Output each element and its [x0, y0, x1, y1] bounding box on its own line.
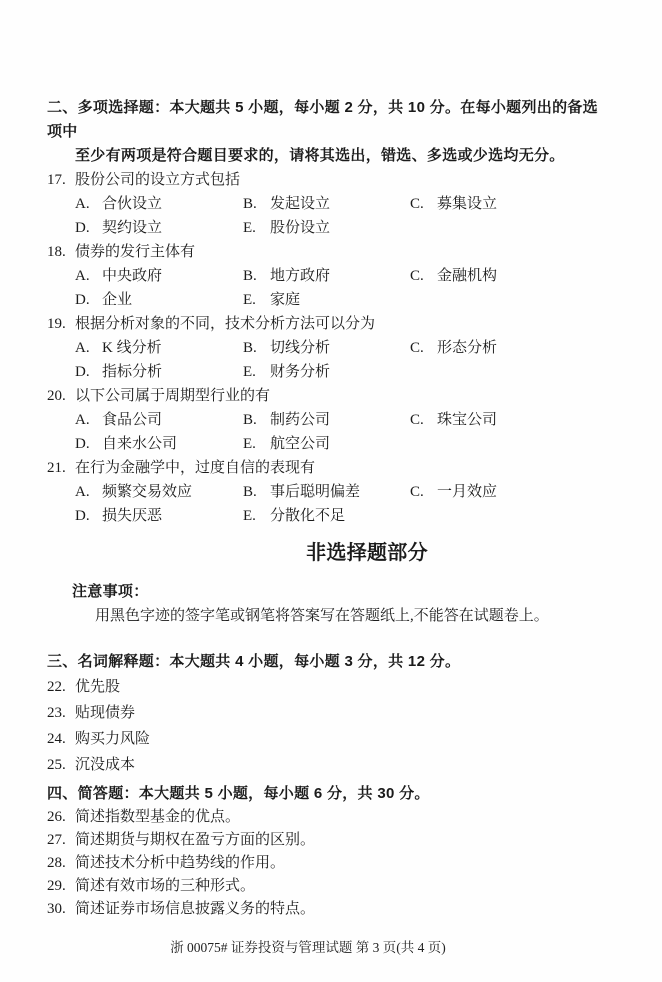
option-letter: C.: [410, 480, 437, 504]
mcq-section-header: 二、多项选择题：本大题共 5 小题，每小题 2 分，共 10 分。在每小题列出的…: [47, 96, 613, 168]
option-letter: D.: [75, 360, 102, 384]
option-d: D.自来水公司: [75, 432, 243, 456]
option-letter: D.: [75, 288, 102, 312]
option-letter: E.: [243, 504, 270, 528]
option-letter: D.: [75, 432, 102, 456]
short-answer-text: 简述指数型基金的优点。: [75, 809, 240, 825]
question-stem: 根据分析对象的不同，技术分析方法可以分为: [75, 316, 375, 332]
option-letter: A.: [75, 336, 102, 360]
option-letter: B.: [243, 192, 270, 216]
question-stem-row: 19.根据分析对象的不同，技术分析方法可以分为: [47, 312, 613, 336]
option-text: 地方政府: [270, 264, 330, 288]
mcq-question-18: 18.债券的发行主体有 A.中央政府 B.地方政府 C.金融机构 D.企业 E.…: [47, 240, 613, 312]
question-stem: 股份公司的设立方式包括: [75, 172, 240, 188]
question-stem: 在行为金融学中，过度自信的表现有: [75, 460, 315, 476]
definition-text: 优先股: [75, 679, 120, 695]
mcq-header-line1: 二、多项选择题：本大题共 5 小题，每小题 2 分，共 10 分。在每小题列出的…: [47, 96, 613, 144]
option-letter: C.: [410, 408, 437, 432]
option-text: 股份设立: [270, 216, 330, 240]
question-number: 18.: [47, 240, 75, 264]
option-text: 指标分析: [102, 360, 162, 384]
option-text: 企业: [102, 288, 132, 312]
mcq-question-17: 17.股份公司的设立方式包括 A.合伙设立 B.发起设立 C.募集设立 D.契约…: [47, 168, 613, 240]
option-letter: A.: [75, 192, 102, 216]
option-a: A.食品公司: [75, 408, 243, 432]
question-stem-row: 21.在行为金融学中，过度自信的表现有: [47, 456, 613, 480]
option-text: 珠宝公司: [437, 408, 497, 432]
options-row: D.契约设立 E.股份设立: [47, 216, 613, 240]
options-row: A.频繁交易效应 B.事后聪明偏差 C.一月效应: [47, 480, 613, 504]
option-e: E.分散化不足: [243, 504, 410, 528]
option-c: C.一月效应: [410, 480, 613, 504]
option-text: 航空公司: [270, 432, 330, 456]
question-stem-row: 20.以下公司属于周期型行业的有: [47, 384, 613, 408]
option-text: 自来水公司: [102, 432, 177, 456]
option-text: 中央政府: [102, 264, 162, 288]
option-d: D.损失厌恶: [75, 504, 243, 528]
option-text: 金融机构: [437, 264, 497, 288]
option-letter: B.: [243, 408, 270, 432]
short-answer-item: 30.简述证券市场信息披露义务的特点。: [47, 898, 613, 921]
question-number: 21.: [47, 456, 75, 480]
definition-text: 贴现债券: [75, 705, 135, 721]
option-b: B.切线分析: [243, 336, 410, 360]
exam-paper-page: 二、多项选择题：本大题共 5 小题，每小题 2 分，共 10 分。在每小题列出的…: [0, 0, 662, 982]
definition-text: 购买力风险: [75, 731, 150, 747]
option-text: 频繁交易效应: [102, 480, 192, 504]
option-text: 切线分析: [270, 336, 330, 360]
question-number: 27.: [47, 829, 75, 852]
question-stem-row: 17.股份公司的设立方式包括: [47, 168, 613, 192]
notice-text: 用黑色字迹的签字笔或钢笔将答案写在答题纸上,不能答在试题卷上。: [95, 604, 613, 629]
option-letter: C.: [410, 192, 437, 216]
short-answer-item: 27.简述期货与期权在盈亏方面的区别。: [47, 829, 613, 852]
option-text: 财务分析: [270, 360, 330, 384]
definition-item: 25.沉没成本: [47, 752, 613, 778]
option-c: C.募集设立: [410, 192, 613, 216]
options-row: A.合伙设立 B.发起设立 C.募集设立: [47, 192, 613, 216]
option-letter: C.: [410, 336, 437, 360]
options-row: D.指标分析 E.财务分析: [47, 360, 613, 384]
definition-item: 22.优先股: [47, 674, 613, 700]
option-letter: D.: [75, 504, 102, 528]
option-a: A.K 线分析: [75, 336, 243, 360]
question-number: 30.: [47, 898, 75, 921]
notice-block: 注意事项： 用黑色字迹的签字笔或钢笔将答案写在答题纸上,不能答在试题卷上。: [47, 579, 613, 629]
option-text: 形态分析: [437, 336, 497, 360]
option-d: D.指标分析: [75, 360, 243, 384]
option-letter: E.: [243, 288, 270, 312]
option-c: C.形态分析: [410, 336, 613, 360]
option-letter: E.: [243, 216, 270, 240]
question-number: 26.: [47, 806, 75, 829]
short-answer-item: 26.简述指数型基金的优点。: [47, 806, 613, 829]
option-text: 损失厌恶: [102, 504, 162, 528]
question-number: 20.: [47, 384, 75, 408]
question-number: 19.: [47, 312, 75, 336]
definitions-list: 22.优先股 23.贴现债券 24.购买力风险 25.沉没成本: [47, 674, 613, 778]
non-mcq-section-title: 非选择题部分: [84, 537, 650, 569]
mcq-header-line2: 至少有两项是符合题目要求的，请将其选出，错选、多选或少选均无分。: [47, 144, 613, 168]
mcq-question-20: 20.以下公司属于周期型行业的有 A.食品公司 B.制药公司 C.珠宝公司 D.…: [47, 384, 613, 456]
option-e: E.股份设立: [243, 216, 410, 240]
short-answer-item: 28.简述技术分析中趋势线的作用。: [47, 852, 613, 875]
options-row: D.自来水公司 E.航空公司: [47, 432, 613, 456]
option-c: C.金融机构: [410, 264, 613, 288]
option-text: 一月效应: [437, 480, 497, 504]
question-stem-row: 18.债券的发行主体有: [47, 240, 613, 264]
option-letter: D.: [75, 216, 102, 240]
short-answer-text: 简述有效市场的三种形式。: [75, 878, 255, 894]
option-letter: B.: [243, 336, 270, 360]
question-number: 25.: [47, 752, 75, 778]
option-letter: C.: [410, 264, 437, 288]
short-answer-list: 26.简述指数型基金的优点。 27.简述期货与期权在盈亏方面的区别。 28.简述…: [47, 806, 613, 921]
question-stem: 以下公司属于周期型行业的有: [75, 388, 270, 404]
option-text: 契约设立: [102, 216, 162, 240]
page-footer: 浙 00075# 证券投资与管理试题 第 3 页(共 4 页): [0, 938, 616, 958]
option-b: B.发起设立: [243, 192, 410, 216]
option-a: A.中央政府: [75, 264, 243, 288]
question-number: 28.: [47, 852, 75, 875]
option-letter: A.: [75, 264, 102, 288]
option-text: 募集设立: [437, 192, 497, 216]
option-e: E.家庭: [243, 288, 410, 312]
question-number: 23.: [47, 700, 75, 726]
option-c: C.珠宝公司: [410, 408, 613, 432]
mcq-question-21: 21.在行为金融学中，过度自信的表现有 A.频繁交易效应 B.事后聪明偏差 C.…: [47, 456, 613, 528]
short-answer-text: 简述期货与期权在盈亏方面的区别。: [75, 832, 315, 848]
option-b: B.地方政府: [243, 264, 410, 288]
question-number: 24.: [47, 726, 75, 752]
question-number: 22.: [47, 674, 75, 700]
question-stem: 债券的发行主体有: [75, 244, 195, 260]
option-text: 制药公司: [270, 408, 330, 432]
mcq-question-19: 19.根据分析对象的不同，技术分析方法可以分为 A.K 线分析 B.切线分析 C…: [47, 312, 613, 384]
page-content: 二、多项选择题：本大题共 5 小题，每小题 2 分，共 10 分。在每小题列出的…: [47, 96, 613, 921]
definition-item: 23.贴现债券: [47, 700, 613, 726]
option-a: A.合伙设立: [75, 192, 243, 216]
option-d: D.契约设立: [75, 216, 243, 240]
option-text: 食品公司: [102, 408, 162, 432]
question-number: 17.: [47, 168, 75, 192]
options-row: D.损失厌恶 E.分散化不足: [47, 504, 613, 528]
options-row: A.K 线分析 B.切线分析 C.形态分析: [47, 336, 613, 360]
option-letter: B.: [243, 480, 270, 504]
short-answer-item: 29.简述有效市场的三种形式。: [47, 875, 613, 898]
option-text: 合伙设立: [102, 192, 162, 216]
definition-item: 24.购买力风险: [47, 726, 613, 752]
option-letter: B.: [243, 264, 270, 288]
option-letter: E.: [243, 360, 270, 384]
options-row: A.中央政府 B.地方政府 C.金融机构: [47, 264, 613, 288]
short-answer-text: 简述技术分析中趋势线的作用。: [75, 855, 285, 871]
option-text: 分散化不足: [270, 504, 345, 528]
definition-text: 沉没成本: [75, 757, 135, 773]
option-letter: E.: [243, 432, 270, 456]
option-letter: A.: [75, 480, 102, 504]
options-row: A.食品公司 B.制药公司 C.珠宝公司: [47, 408, 613, 432]
option-text: 发起设立: [270, 192, 330, 216]
option-d: D.企业: [75, 288, 243, 312]
options-row: D.企业 E.家庭: [47, 288, 613, 312]
option-b: B.制药公司: [243, 408, 410, 432]
notice-label: 注意事项：: [72, 579, 613, 604]
option-text: K 线分析: [102, 336, 162, 360]
option-text: 事后聪明偏差: [270, 480, 360, 504]
question-number: 29.: [47, 875, 75, 898]
definitions-section-header: 三、名词解释题：本大题共 4 小题，每小题 3 分，共 12 分。: [47, 650, 613, 674]
option-text: 家庭: [270, 288, 300, 312]
option-b: B.事后聪明偏差: [243, 480, 410, 504]
option-e: E.财务分析: [243, 360, 410, 384]
short-answer-section-header: 四、简答题：本大题共 5 小题，每小题 6 分，共 30 分。: [47, 782, 613, 806]
short-answer-text: 简述证券市场信息披露义务的特点。: [75, 901, 315, 917]
option-letter: A.: [75, 408, 102, 432]
option-e: E.航空公司: [243, 432, 410, 456]
option-a: A.频繁交易效应: [75, 480, 243, 504]
